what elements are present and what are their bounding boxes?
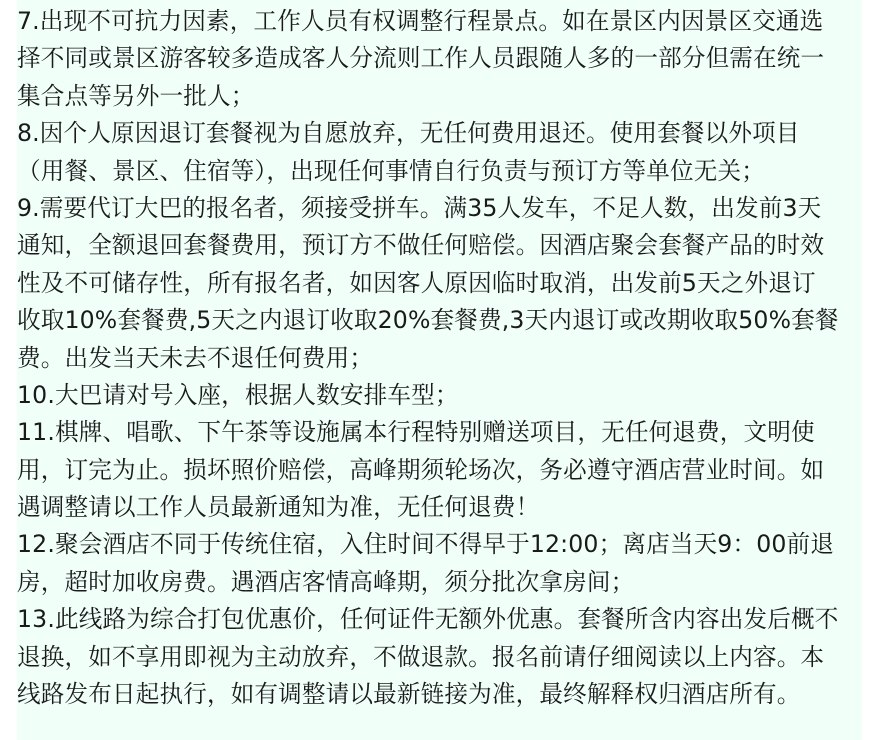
term-item-11: 11.棋牌、唱歌、下午茶等设施属本行程特别赠送项目，无任何退费，文明使 用，订完… <box>17 414 867 526</box>
term-line: 择不同或景区游客较多造成客人分流则工作人员跟随人多的一部分但需在统一 <box>17 40 867 77</box>
term-line: 费。出发当天未去不退任何费用； <box>17 340 867 377</box>
term-line: 性及不可储存性，所有报名者，如因客人原因临时取消，出发前5天之外退订 <box>17 265 867 302</box>
term-line: 退换，如不享用即视为主动放弃，不做退款。报名前请仔细阅读以上内容。本 <box>17 639 867 676</box>
term-line: 用，订完为止。损坏照价赔偿，高峰期须轮场次，务必遵守酒店营业时间。如 <box>17 452 867 489</box>
term-item-9: 9.需要代订大巴的报名者，须接受拼车。满35人发车，不足人数，出发前3天 通知，… <box>17 190 867 377</box>
term-line: 房，超时加收房费。遇酒店客情高峰期，须分批次拿房间； <box>17 564 867 601</box>
term-line: 13.此线路为综合打包优惠价，任何证件无额外优惠。套餐所含内容出发后概不 <box>17 601 867 638</box>
term-line: 11.棋牌、唱歌、下午茶等设施属本行程特别赠送项目，无任何退费，文明使 <box>17 414 867 451</box>
term-line: 通知，全额退回套餐费用，预订方不做任何赔偿。因酒店聚会套餐产品的时效 <box>17 227 867 264</box>
term-line: 8.因个人原因退订套餐视为自愿放弃，无任何费用退还。使用套餐以外项目 <box>17 115 867 152</box>
term-line: 12.聚会酒店不同于传统住宿，入住时间不得早于12:00；离店当天9：00前退 <box>17 526 867 563</box>
term-item-8: 8.因个人原因退订套餐视为自愿放弃，无任何费用退还。使用套餐以外项目 （用餐、景… <box>17 115 867 190</box>
term-line: 收取10%套餐费,5天之内退订收取20%套餐费,3天内退订或改期收取50%套餐 <box>17 302 867 339</box>
term-item-13: 13.此线路为综合打包优惠价，任何证件无额外优惠。套餐所含内容出发后概不 退换，… <box>17 601 867 713</box>
term-line: 10.大巴请对号入座，根据人数安排车型； <box>17 377 867 414</box>
term-item-10: 10.大巴请对号入座，根据人数安排车型； <box>17 377 867 414</box>
term-line: 集合点等另外一批人； <box>17 78 867 115</box>
term-item-12: 12.聚会酒店不同于传统住宿，入住时间不得早于12:00；离店当天9：00前退 … <box>17 526 867 601</box>
term-item-7: 7.出现不可抗力因素，工作人员有权调整行程景点。如在景区内因景区交通选 择不同或… <box>17 3 867 115</box>
terms-list: 7.出现不可抗力因素，工作人员有权调整行程景点。如在景区内因景区交通选 择不同或… <box>17 3 867 713</box>
term-line: 7.出现不可抗力因素，工作人员有权调整行程景点。如在景区内因景区交通选 <box>17 3 867 40</box>
term-line: （用餐、景区、住宿等），出现任何事情自行负责与预订方等单位无关； <box>17 153 867 190</box>
term-line: 9.需要代订大巴的报名者，须接受拼车。满35人发车，不足人数，出发前3天 <box>17 190 867 227</box>
term-line: 线路发布日起执行，如有调整请以最新链接为准，最终解释权归酒店所有。 <box>17 676 867 713</box>
term-line: 遇调整请以工作人员最新通知为准，无任何退费！ <box>17 489 867 526</box>
